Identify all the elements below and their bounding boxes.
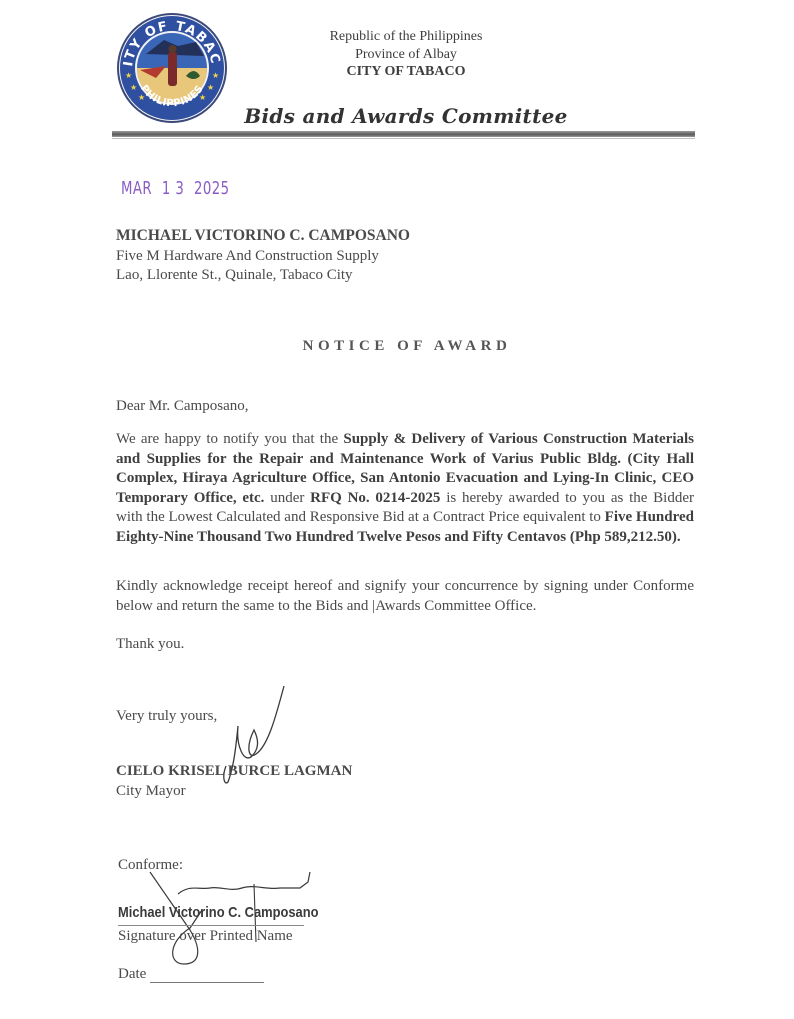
svg-text:★: ★ bbox=[199, 93, 206, 102]
stamp-day: 1 3 bbox=[162, 178, 184, 199]
date-label: Date bbox=[118, 966, 146, 983]
signer-name: CIELO KRISEL BURCE LAGMAN bbox=[116, 763, 352, 780]
svg-text:★: ★ bbox=[125, 71, 132, 80]
city-line: CITY OF TABACO bbox=[206, 62, 606, 81]
addressee-name: MICHAEL VICTORINO C. CAMPOSANO bbox=[116, 226, 410, 246]
award-intro: We are happy to notify you that the bbox=[116, 431, 343, 447]
svg-text:★: ★ bbox=[207, 83, 214, 92]
signature-line bbox=[118, 925, 304, 926]
header-divider bbox=[112, 131, 695, 137]
rfq-number: RFQ No. 0214-2025 bbox=[310, 490, 440, 506]
acknowledge-paragraph: Kindly acknowledge receipt hereof and si… bbox=[116, 577, 694, 616]
header-divider-thin bbox=[112, 138, 695, 139]
date-line bbox=[150, 982, 264, 983]
addressee-company: Five M Hardware And Construction Supply bbox=[116, 246, 379, 266]
committee-title: Bids and Awards Committee bbox=[206, 104, 606, 128]
conforme-signature bbox=[150, 870, 330, 970]
date-stamp: MAR1 32025 bbox=[121, 178, 239, 199]
svg-text:★: ★ bbox=[130, 83, 137, 92]
stamp-month: MAR bbox=[121, 178, 152, 199]
stamp-year: 2025 bbox=[194, 178, 229, 199]
signature-caption: Signature over Printed Name bbox=[118, 928, 293, 945]
svg-text:★: ★ bbox=[138, 93, 145, 102]
salutation: Dear Mr. Camposano, bbox=[116, 397, 694, 417]
addressee-address: Lao, Llorente St., Quinale, Tabaco City bbox=[116, 265, 353, 285]
republic-line: Republic of the Philippines bbox=[206, 27, 606, 46]
thanks-line: Thank you. bbox=[116, 635, 694, 655]
award-under: under bbox=[264, 490, 310, 506]
signer-title: City Mayor bbox=[116, 783, 186, 800]
closing-line: Very truly yours, bbox=[116, 708, 217, 725]
document-title: NOTICE OF AWARD bbox=[0, 338, 794, 355]
award-paragraph: We are happy to notify you that the Supp… bbox=[116, 430, 694, 547]
